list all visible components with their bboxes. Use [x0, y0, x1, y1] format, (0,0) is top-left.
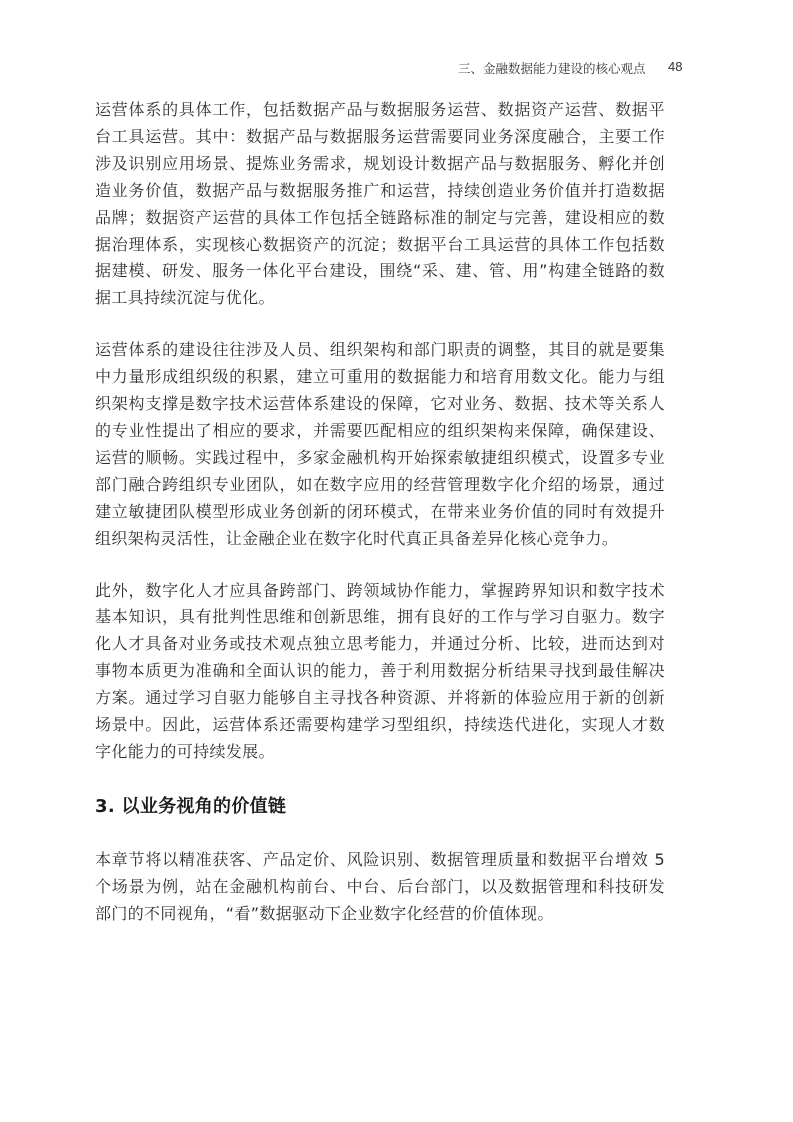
running-header-section-title: 三、金融数据能力建设的核心观点	[458, 59, 646, 77]
document-body: 运营体系的具体工作，包括数据产品与数据服务运营、数据资产运营、数据平台工具运营。…	[95, 97, 665, 928]
paragraph-digital-talent: 此外，数字化人才应具备跨部门、跨领域协作能力，掌握跨界知识和数字技术基本知识，具…	[95, 578, 665, 766]
section-heading: 3. 以业务视角的价值链	[95, 794, 665, 820]
page-header: 三、金融数据能力建设的核心观点 48	[0, 59, 793, 79]
paragraph-organization-structure: 运营体系的建设往往涉及人员、组织架构和部门职责的调整，其目的就是要集中力量形成组…	[95, 337, 665, 552]
paragraph-section-intro: 本章节将以精准获客、产品定价、风险识别、数据管理质量和数据平台增效 5 个场景为…	[95, 847, 665, 928]
page-number: 48	[668, 59, 682, 74]
paragraph-operations-work: 运营体系的具体工作，包括数据产品与数据服务运营、数据资产运营、数据平台工具运营。…	[95, 97, 665, 312]
